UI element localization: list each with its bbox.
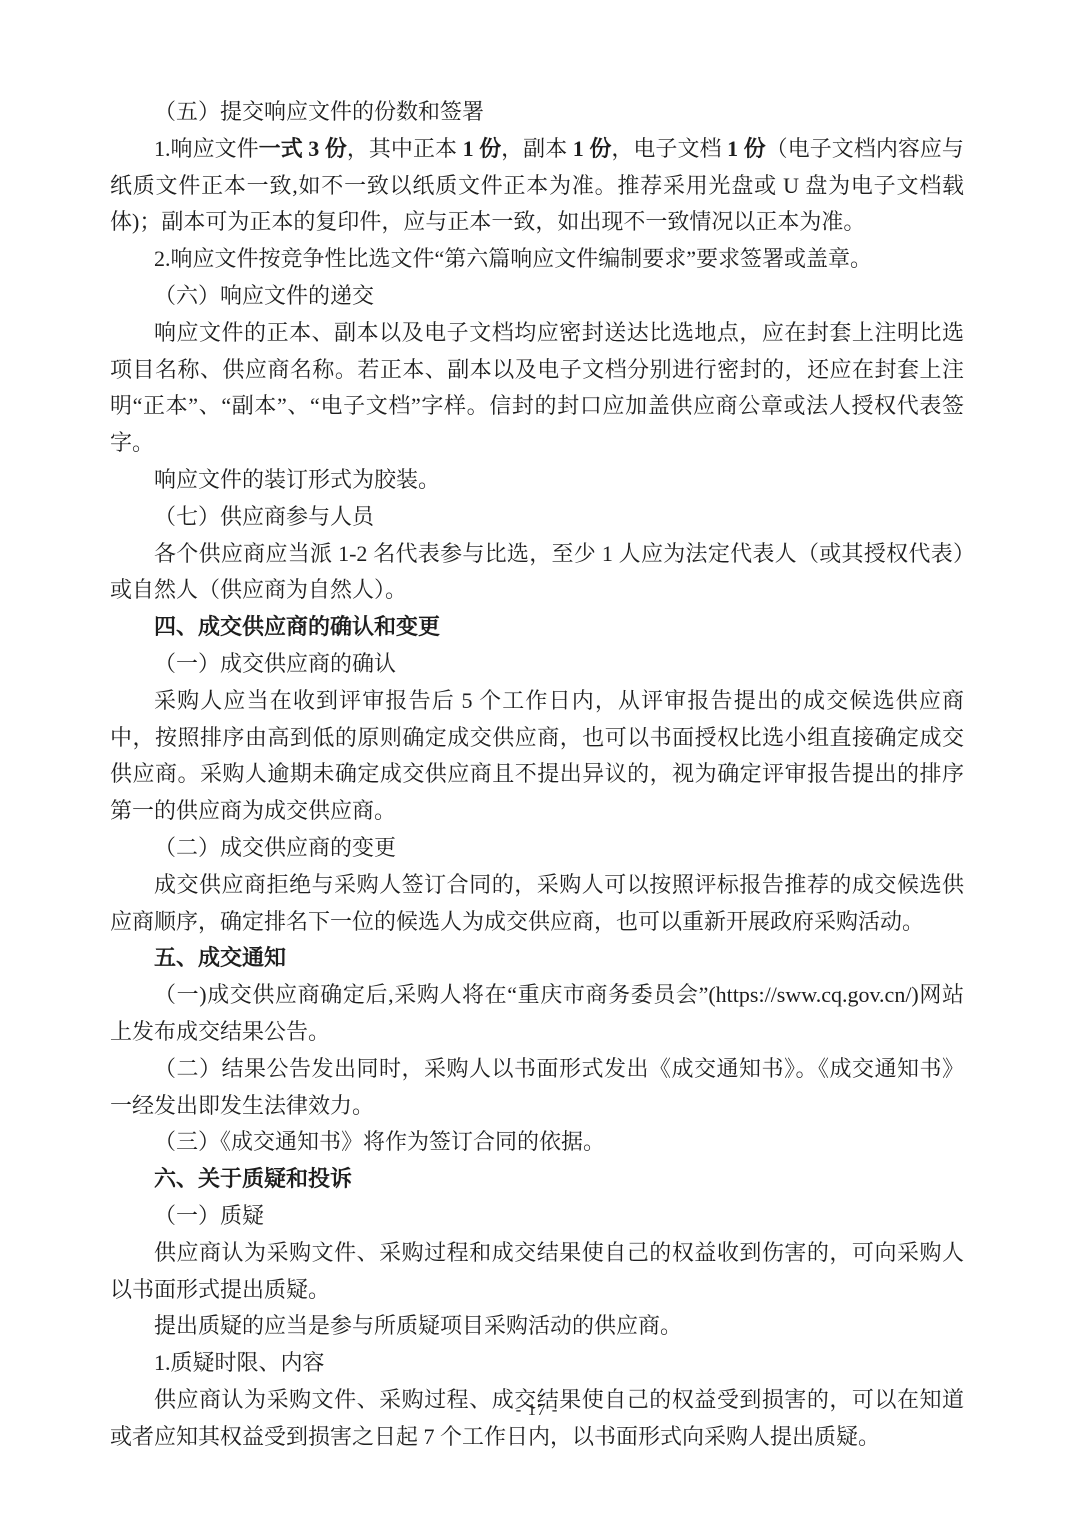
document-body: （五）提交响应文件的份数和签署1.响应文件一式 3 份，其中正本 1 份，副本 … [110, 94, 964, 1455]
paragraph: 2.响应文件按竞争性比选文件“第六篇响应文件编制要求”要求签署或盖章。 [110, 241, 964, 278]
paragraph: 成交供应商拒绝与采购人签订合同的，采购人可以按照评标报告推荐的成交候选供应商顺序… [110, 867, 964, 941]
text-run: 采购人应当在收到评审报告后 5 个工作日内，从评审报告提出的成交候选供应商中，按… [110, 688, 964, 823]
paragraph: （五）提交响应文件的份数和签署 [110, 94, 964, 131]
text-run: 供应商认为采购文件、采购过程和成交结果使自己的权益收到伤害的，可向采购人以书面形… [110, 1240, 964, 1302]
text-run: 2.响应文件按竞争性比选文件“第六篇响应文件编制要求”要求签署或盖章。 [154, 246, 872, 271]
text-run: （五）提交响应文件的份数和签署 [154, 99, 484, 124]
paragraph: （七）供应商参与人员 [110, 499, 964, 536]
text-run: ，副本 [501, 136, 573, 161]
paragraph: 采购人应当在收到评审报告后 5 个工作日内，从评审报告提出的成交候选供应商中，按… [110, 683, 964, 830]
page-footer: - 17 - [0, 1400, 1074, 1420]
section-heading: 四、成交供应商的确认和变更 [110, 609, 964, 646]
paragraph: 提出质疑的应当是参与所质疑项目采购活动的供应商。 [110, 1308, 964, 1345]
text-run: 六、关于质疑和投诉 [154, 1166, 352, 1191]
section-heading: 六、关于质疑和投诉 [110, 1161, 964, 1198]
text-run: 四、成交供应商的确认和变更 [154, 614, 440, 639]
text-run: （一）成交供应商的确认 [154, 651, 396, 676]
paragraph: 响应文件的装订形式为胶装。 [110, 462, 964, 499]
paragraph: （二）结果公告发出同时，采购人以书面形式发出《成交通知书》。《成交通知书》一经发… [110, 1051, 964, 1125]
text-run: 1 份 [463, 136, 502, 161]
document-page: （五）提交响应文件的份数和签署1.响应文件一式 3 份，其中正本 1 份，副本 … [0, 0, 1074, 1520]
text-run: 1 份 [727, 136, 766, 161]
text-run: （一)成交供应商确定后,采购人将在“重庆市商务委员会”(https://sww.… [110, 982, 964, 1044]
text-run: 响应文件的正本、副本以及电子文档均应密封送达比选地点，应在封套上注明比选项目名称… [110, 320, 964, 455]
text-run: （二）成交供应商的变更 [154, 835, 396, 860]
page-number: - 17 - [516, 1400, 559, 1419]
text-run: 响应文件的装订形式为胶装。 [154, 467, 440, 492]
text-run: 1.响应文件 [154, 136, 259, 161]
paragraph: 响应文件的正本、副本以及电子文档均应密封送达比选地点，应在封套上注明比选项目名称… [110, 315, 964, 462]
text-run: ，电子文档 [611, 136, 727, 161]
text-run: 成交供应商拒绝与采购人签订合同的，采购人可以按照评标报告推荐的成交候选供应商顺序… [110, 872, 964, 934]
text-run: （一）质疑 [154, 1203, 264, 1228]
paragraph: 1.质疑时限、内容 [110, 1345, 964, 1382]
text-run: ，其中正本 [347, 136, 463, 161]
paragraph: （六）响应文件的递交 [110, 278, 964, 315]
text-run: 提出质疑的应当是参与所质疑项目采购活动的供应商。 [154, 1313, 682, 1338]
text-run: （三）《成交通知书》将作为签订合同的依据。 [154, 1129, 605, 1154]
text-run: 1 份 [573, 136, 612, 161]
paragraph: （三）《成交通知书》将作为签订合同的依据。 [110, 1124, 964, 1161]
text-run: 一式 3 份 [259, 136, 347, 161]
text-run: （二）结果公告发出同时，采购人以书面形式发出《成交通知书》。《成交通知书》一经发… [110, 1056, 964, 1118]
paragraph: 各个供应商应当派 1-2 名代表参与比选，至少 1 人应为法定代表人（或其授权代… [110, 536, 964, 610]
section-heading: 五、成交通知 [110, 940, 964, 977]
paragraph: （一）成交供应商的确认 [110, 646, 964, 683]
paragraph: 1.响应文件一式 3 份，其中正本 1 份，副本 1 份，电子文档 1 份（电子… [110, 131, 964, 241]
paragraph: 供应商认为采购文件、采购过程和成交结果使自己的权益收到伤害的，可向采购人以书面形… [110, 1235, 964, 1309]
text-run: 1.质疑时限、内容 [154, 1350, 325, 1375]
paragraph: （一）质疑 [110, 1198, 964, 1235]
text-run: （六）响应文件的递交 [154, 283, 374, 308]
text-run: 各个供应商应当派 1-2 名代表参与比选，至少 1 人应为法定代表人（或其授权代… [110, 541, 964, 603]
text-run: 五、成交通知 [154, 945, 286, 970]
text-run: （七）供应商参与人员 [154, 504, 374, 529]
paragraph: （二）成交供应商的变更 [110, 830, 964, 867]
paragraph: （一)成交供应商确定后,采购人将在“重庆市商务委员会”(https://sww.… [110, 977, 964, 1051]
